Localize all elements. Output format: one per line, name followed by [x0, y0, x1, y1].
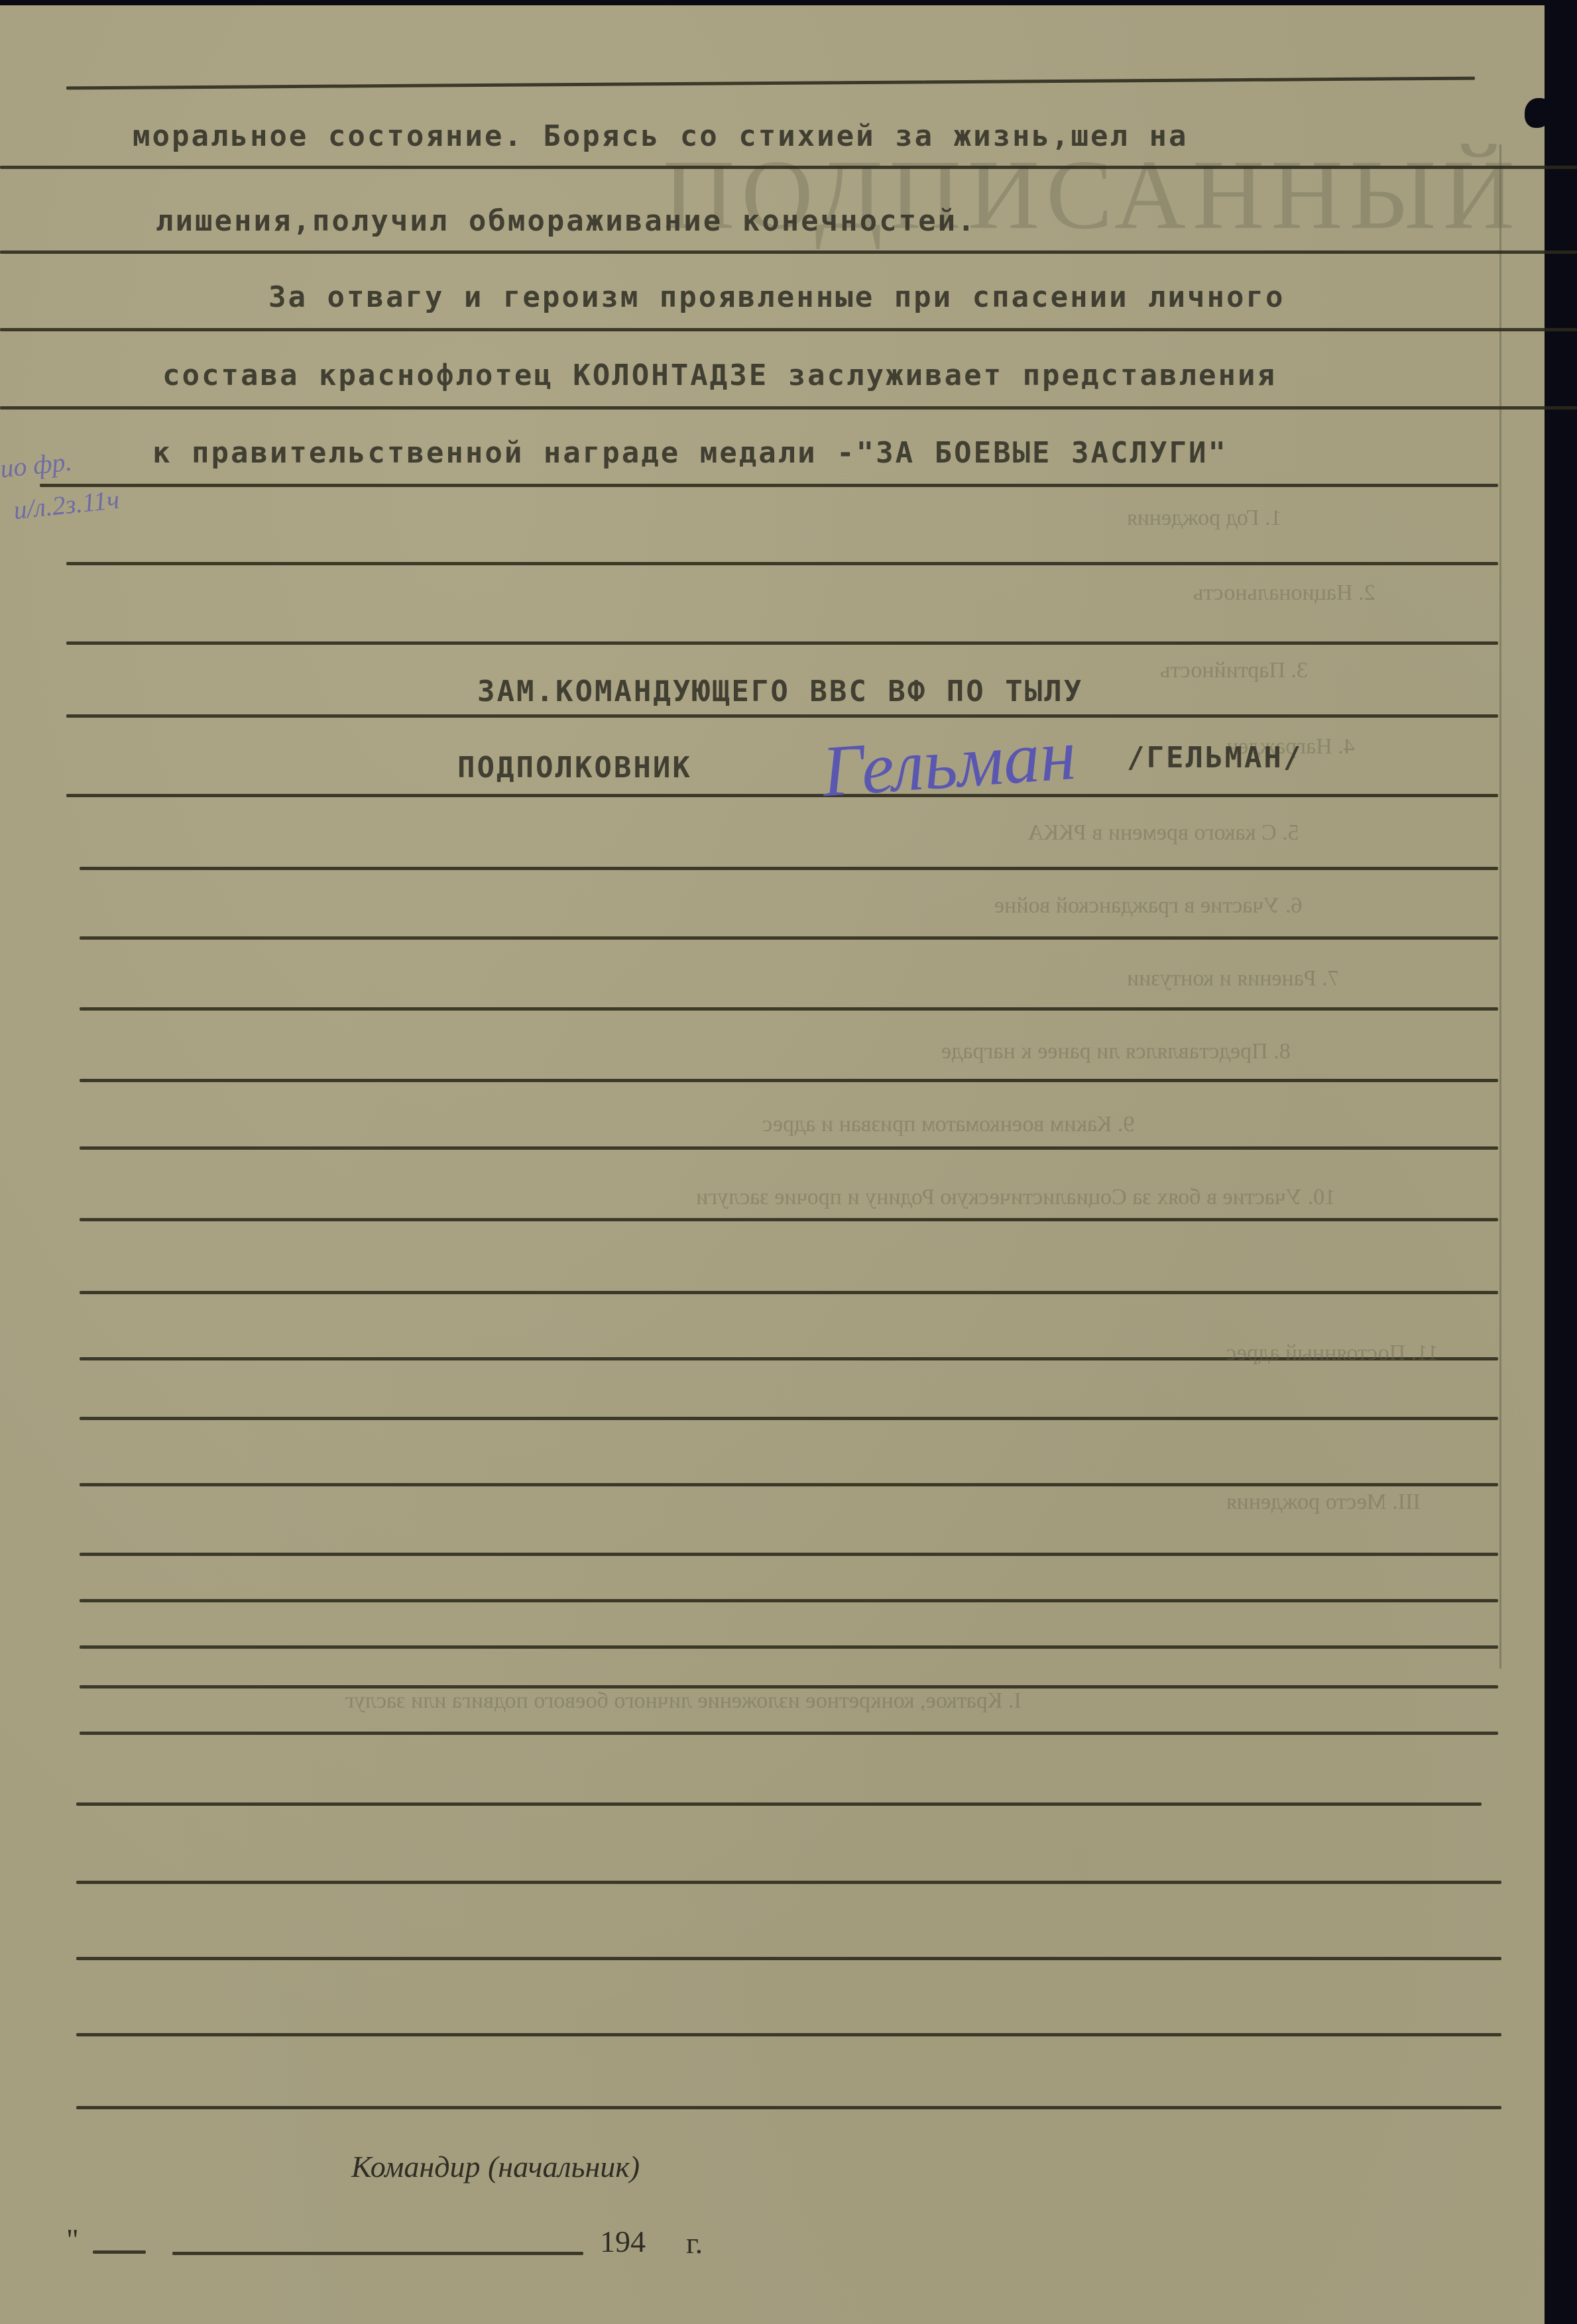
bleedthrough-label: 9. Каким военкоматом призван и адрес: [762, 1112, 1134, 1137]
date-day-line: [93, 2250, 146, 2254]
body-line-2: лишения,получил обмораживание конечносте…: [156, 204, 977, 238]
rule-line: [76, 1957, 1501, 1960]
rule-line: [80, 1079, 1498, 1082]
body-line-3: За отвагу и героизм проявленные при спас…: [268, 280, 1285, 314]
rule-line: [0, 328, 1577, 331]
bleedthrough-label: 2. Национальность: [1193, 581, 1375, 606]
rule-line: [80, 1218, 1498, 1221]
punch-hole: [1548, 1702, 1561, 1742]
rule-line: [80, 1146, 1498, 1150]
pencil-note-1: ио фр.: [0, 445, 74, 484]
bleedthrough-label: I. Краткое, конкретное изложение личного…: [345, 1688, 1022, 1714]
bleedthrough-label: 3. Партийность: [1160, 658, 1308, 683]
date-month-line: [172, 2252, 583, 2255]
rule-line: [0, 250, 1577, 254]
year-label: 194: [600, 2224, 646, 2259]
rule-line: [80, 1291, 1498, 1294]
punch-hole: [1525, 98, 1551, 128]
rule-line: [80, 1553, 1498, 1556]
punch-hole: [1548, 887, 1561, 926]
signatory-rank: ПОДПОЛКОВНИК: [457, 751, 692, 785]
rule-line: [80, 1732, 1498, 1735]
rule-line: [80, 1483, 1498, 1486]
punch-hole: [1548, 1298, 1561, 1337]
rule-line: [0, 166, 1577, 169]
rule-line: [66, 77, 1475, 90]
rule-line: [80, 1417, 1498, 1420]
body-line-1: моральное состояние. Борясь со стихией з…: [133, 119, 1188, 153]
rule-line: [80, 936, 1498, 940]
rule-line: [66, 562, 1498, 565]
year-suffix: г.: [686, 2225, 703, 2260]
bleedthrough-label: 1. Год рождения: [1127, 506, 1282, 531]
rule-line: [66, 794, 1498, 797]
body-line-5: к правительственной награде медали -"ЗА …: [152, 436, 1228, 470]
body-line-4: состава краснофлотец КОЛОНТАДЗЕ заслужив…: [162, 359, 1277, 392]
bleedthrough-label: 7. Ранения и контузии: [1127, 966, 1339, 991]
rule-line: [80, 1007, 1498, 1011]
rule-line: [80, 1599, 1498, 1602]
punch-hole: [1545, 482, 1558, 522]
rule-line: [80, 1645, 1498, 1649]
rule-line: [76, 2106, 1501, 2109]
bleedthrough-label: 6. Участие в гражданской войне: [994, 893, 1303, 918]
bleedthrough-label: III. Место рождения: [1226, 1490, 1421, 1515]
document-page: ПОДПИСАННЫЙ 1. Год рождения 2. Националь…: [0, 5, 1545, 2324]
rule-line: [66, 714, 1498, 718]
rule-line: [76, 2033, 1501, 2036]
bleedthrough-label: 8. Представлялся ли ранее к награде: [941, 1039, 1291, 1064]
margin-line: [1499, 144, 1501, 1669]
bleedthrough-label: 5. С какого времени в РККА: [1027, 820, 1299, 846]
rule-line: [0, 406, 1577, 410]
rule-line: [76, 1802, 1482, 1806]
bleedthrough-label: 10. Участие в боях за Социалистическую Р…: [696, 1185, 1336, 1210]
rule-line: [80, 867, 1498, 870]
rule-line: [76, 1881, 1501, 1884]
signatory-name: /ГЕЛЬМАН/: [1127, 741, 1303, 775]
date-quote: ": [66, 2222, 79, 2257]
handwritten-signature: Гельман: [819, 712, 1079, 814]
bleedthrough-label: 11. Постоянный адрес: [1226, 1341, 1438, 1366]
rule-line: [40, 484, 1498, 487]
pencil-note-2: и/л.2з.11ч: [12, 484, 121, 526]
rule-line: [66, 641, 1498, 645]
signatory-position: ЗАМ.КОМАНДУЮЩЕГО ВВС ВФ ПО ТЫЛУ: [477, 675, 1083, 708]
commander-label: Командир (начальник): [351, 2149, 640, 2184]
